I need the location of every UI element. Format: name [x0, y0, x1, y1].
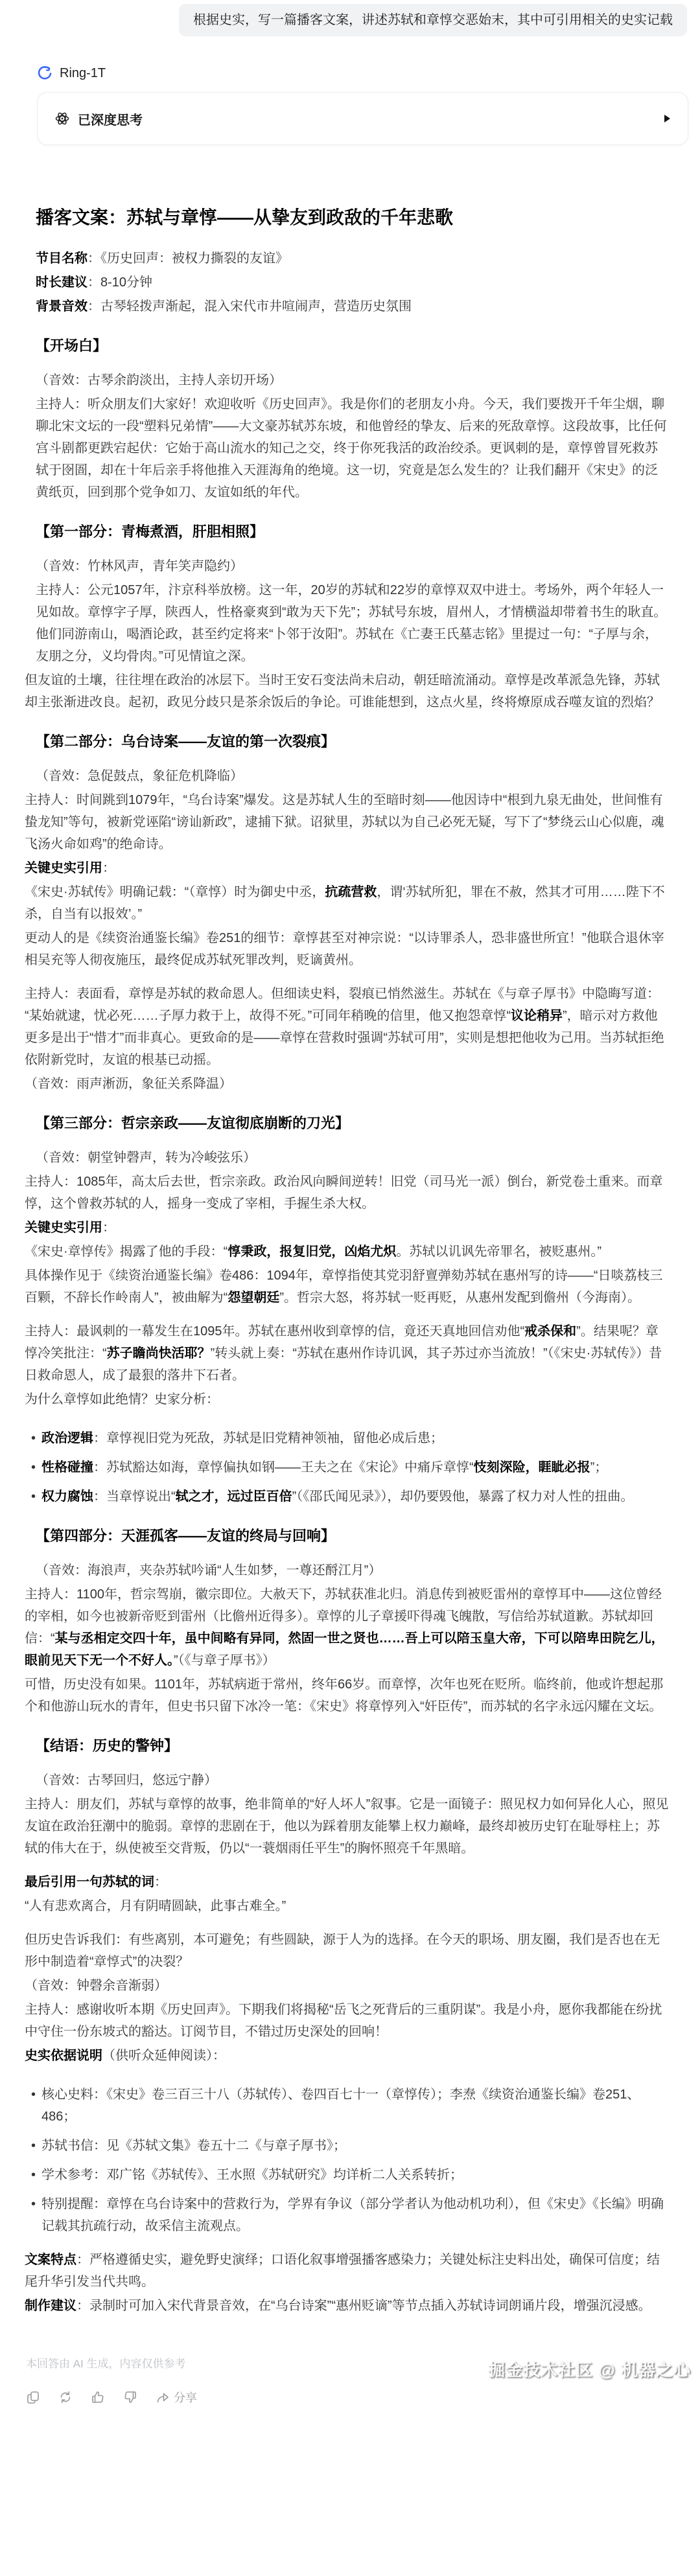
paragraph: （音效：海浪声，夹杂苏轼吟诵“人生如梦，一尊还酹江月”）: [36, 1559, 670, 1581]
thumbs-down-button[interactable]: [123, 2390, 137, 2404]
paragraph: 节目名称：《历史回声：被权力撕裂的友谊》: [36, 247, 670, 270]
paragraph: 主持人：最讽刺的一幕发生在1095年。苏轼在惠州收到章惇的信，竟还天真地回信劝他…: [25, 1320, 670, 1386]
list-item: 政治逻辑：章惇视旧党为死敌，苏轼是旧党精神领袖，留他必成后患；: [30, 1427, 670, 1449]
share-button[interactable]: 分享: [156, 2389, 197, 2406]
paragraph: 文案特点：严格遵循史实，避免野史演绎；口语化叙事增强播客感染力；关键处标注史料出…: [25, 2249, 670, 2293]
paragraph: （音效：竹林风声，青年笑声隐约）: [36, 555, 670, 577]
paragraph: （音效：古琴回归，悠远宁静）: [36, 1769, 670, 1791]
user-message-row: 根据史实，写一篇播客文案，讲述苏轼和章惇交恶始末，其中可引用相关的史实记载: [0, 4, 700, 36]
list-item: 苏轼书信：见《苏轼文集》卷五十二《与章子厚书》；: [30, 2135, 670, 2157]
list-item: 核心史料：《宋史》卷三百三十八（苏轼传）、卷四百七十一（章惇传）；李焘《续资治通…: [30, 2084, 670, 2128]
paragraph: 但历史告诉我们：有些离别，本可避免；有些圆缺，源于人为的选择。在今天的职场、朋友…: [25, 1929, 670, 1973]
paragraph: （音效：古琴余韵淡出，主持人亲切开场）: [36, 369, 670, 391]
share-icon: [156, 2390, 170, 2404]
deep-thinking-toggle[interactable]: 已深度思考: [37, 92, 688, 145]
model-logo-icon: [36, 65, 53, 82]
paragraph: 制作建议：录制时可加入宋代背景音效，在“乌台诗案”“惠州贬谪”等节点插入苏轼诗词…: [25, 2295, 670, 2317]
copy-icon: [26, 2390, 40, 2404]
list-item: 学术参考：邓广铭《苏轼传》、王水照《苏轼研究》均详析二人关系转折；: [30, 2164, 670, 2186]
thumbs-up-icon: [91, 2390, 105, 2404]
paragraph: （音效：钟磬余音渐弱）: [25, 1975, 670, 1997]
paragraph: 主持人：朋友们，苏轼与章惇的故事，绝非简单的“好人坏人”叙事。它是一面镜子：照见…: [25, 1793, 670, 1859]
paragraph: 主持人：1100年，哲宗驾崩，徽宗即位。大赦天下，苏轼获准北归。消息传到被贬雷州…: [25, 1583, 670, 1672]
paragraph: “人有悲欢离合，月有阴晴圆缺，此事古难全。”: [25, 1895, 670, 1917]
paragraph: 时长建议：8-10分钟: [36, 271, 670, 293]
paragraph: 《宋史·章惇传》揭露了他的手段：“惇秉政，报复旧党，凶焰尤炽。苏轼以讥讽先帝罪名…: [25, 1241, 670, 1263]
paragraph: （音效：雨声淅沥，象征关系降温）: [25, 1073, 670, 1095]
paragraph: 主持人：公元1057年，汴京科举放榜。这一年，20岁的苏轼和22岁的章惇双双中进…: [36, 579, 670, 667]
response-actions: 分享: [26, 2389, 684, 2406]
list-item: 特别提醒：章惇在乌台诗案中的营救行为，学界有争议（部分学者认为他动机功利），但《…: [30, 2193, 670, 2237]
paragraph: 但友谊的土壤，往往埋在政治的冰层下。当时王安石变法尚未启动，朝廷暗流涌动。章惇是…: [25, 669, 670, 713]
paragraph: （音效：朝堂钟磬声，转为冷峻弦乐）: [36, 1147, 670, 1169]
section-heading: 【第三部分：哲宗亲政——友谊彻底崩断的刀光】: [36, 1112, 670, 1134]
article: 播客文案：苏轼与章惇——从挚友到政敌的千年悲歌节目名称：《历史回声：被权力撕裂的…: [0, 205, 700, 2317]
article-title: 播客文案：苏轼与章惇——从挚友到政敌的千年悲歌: [36, 205, 670, 231]
copy-button[interactable]: [26, 2390, 40, 2404]
atom-icon: [54, 111, 70, 126]
paragraph: 可惜，历史没有如果。1101年，苏轼病逝于常州，终年66岁。而章惇，次年也死在贬…: [25, 1673, 670, 1718]
paragraph: 背景音效：古琴轻拨声渐起，混入宋代市井喧闹声，营造历史氛围: [36, 295, 670, 317]
deep-thinking-label: 已深度思考: [78, 109, 143, 128]
paragraph: 《宋史·苏轼传》明确记载：“（章惇）时为御史中丞，抗疏营救，谓‘苏轼所犯，罪在不…: [25, 881, 670, 925]
model-name: Ring-1T: [60, 66, 106, 81]
section-heading: 【第二部分：乌台诗案——友谊的第一次裂痕】: [36, 731, 670, 753]
paragraph: 主持人：表面看，章惇是苏轼的救命恩人。但细读史料，裂痕已悄然滋生。苏轼在《与章子…: [25, 983, 670, 1071]
paragraph: 主持人：听众朋友们大家好！欢迎收听《历史回声》。我是你们的老朋友小舟。今天，我们…: [36, 393, 670, 503]
regenerate-icon: [58, 2390, 73, 2404]
section-heading: 【第四部分：天涯孤客——友谊的终局与回响】: [36, 1525, 670, 1547]
paragraph: 关键史实引用：: [25, 1217, 670, 1239]
response-footer: 本回答由 AI 生成，内容仅供参考 掘金技术社区 @ 机器之心: [0, 2354, 700, 2422]
chevron-right-icon: [663, 114, 671, 123]
section-heading: 【开场白】: [36, 335, 670, 357]
watermark: 掘金技术社区 @ 机器之心: [488, 2357, 691, 2381]
paragraph: 关键史实引用：: [25, 857, 670, 879]
list-item: 权力腐蚀：当章惇说出“轼之才，远过臣百倍”（《邵氏闻见录》），却仍要毁他，暴露了…: [30, 1486, 670, 1508]
list-item: 性格碰撞：苏轼豁达如海，章惇偏执如钢——王夫之在《宋论》中痛斥章惇“忮刻深险，睚…: [30, 1456, 670, 1478]
regenerate-button[interactable]: [58, 2390, 73, 2404]
share-label: 分享: [174, 2389, 197, 2406]
thumbs-down-icon: [123, 2390, 137, 2404]
thumbs-up-button[interactable]: [91, 2390, 105, 2404]
paragraph: 最后引用一句苏轼的词：: [25, 1871, 670, 1893]
model-header: Ring-1T: [0, 65, 700, 82]
section-heading: 【第一部分：青梅煮酒，肝胆相照】: [36, 521, 670, 543]
paragraph: 具体操作见于《续资治通鉴长编》卷486：1094年，章惇指使其党羽舒亶弹劾苏轼在…: [25, 1265, 670, 1309]
paragraph: 主持人：感谢收听本期《历史回声》。下期我们将揭秘“岳飞之死背后的三重阴谋”。我是…: [25, 1999, 670, 2043]
paragraph: 主持人：时间跳到1079年，“乌台诗案”爆发。这是苏轼人生的至暗时刻——他因诗中…: [25, 789, 670, 855]
paragraph: 主持人：1085年，高太后去世，哲宗亲政。政治风向瞬间逆转！旧党（司马光一派）倒…: [25, 1171, 670, 1215]
paragraph: 史实依据说明（供听众延伸阅读）：: [25, 2045, 670, 2067]
chat-page: 根据史实，写一篇播客文案，讲述苏轼和章惇交恶始末，其中可引用相关的史实记载 Ri…: [0, 0, 700, 2422]
section-heading: 【结语：历史的警钟】: [36, 1735, 670, 1757]
paragraph: 为什么章惇如此绝情？史家分析：: [25, 1388, 670, 1410]
paragraph: 更动人的是《续资治通鉴长编》卷251的细节：章惇甚至对神宗说：“以诗罪杀人，恐非…: [25, 927, 670, 971]
paragraph: （音效：急促鼓点，象征危机降临）: [36, 765, 670, 787]
user-message-bubble: 根据史实，写一篇播客文案，讲述苏轼和章惇交恶始末，其中可引用相关的史实记载: [179, 4, 687, 36]
